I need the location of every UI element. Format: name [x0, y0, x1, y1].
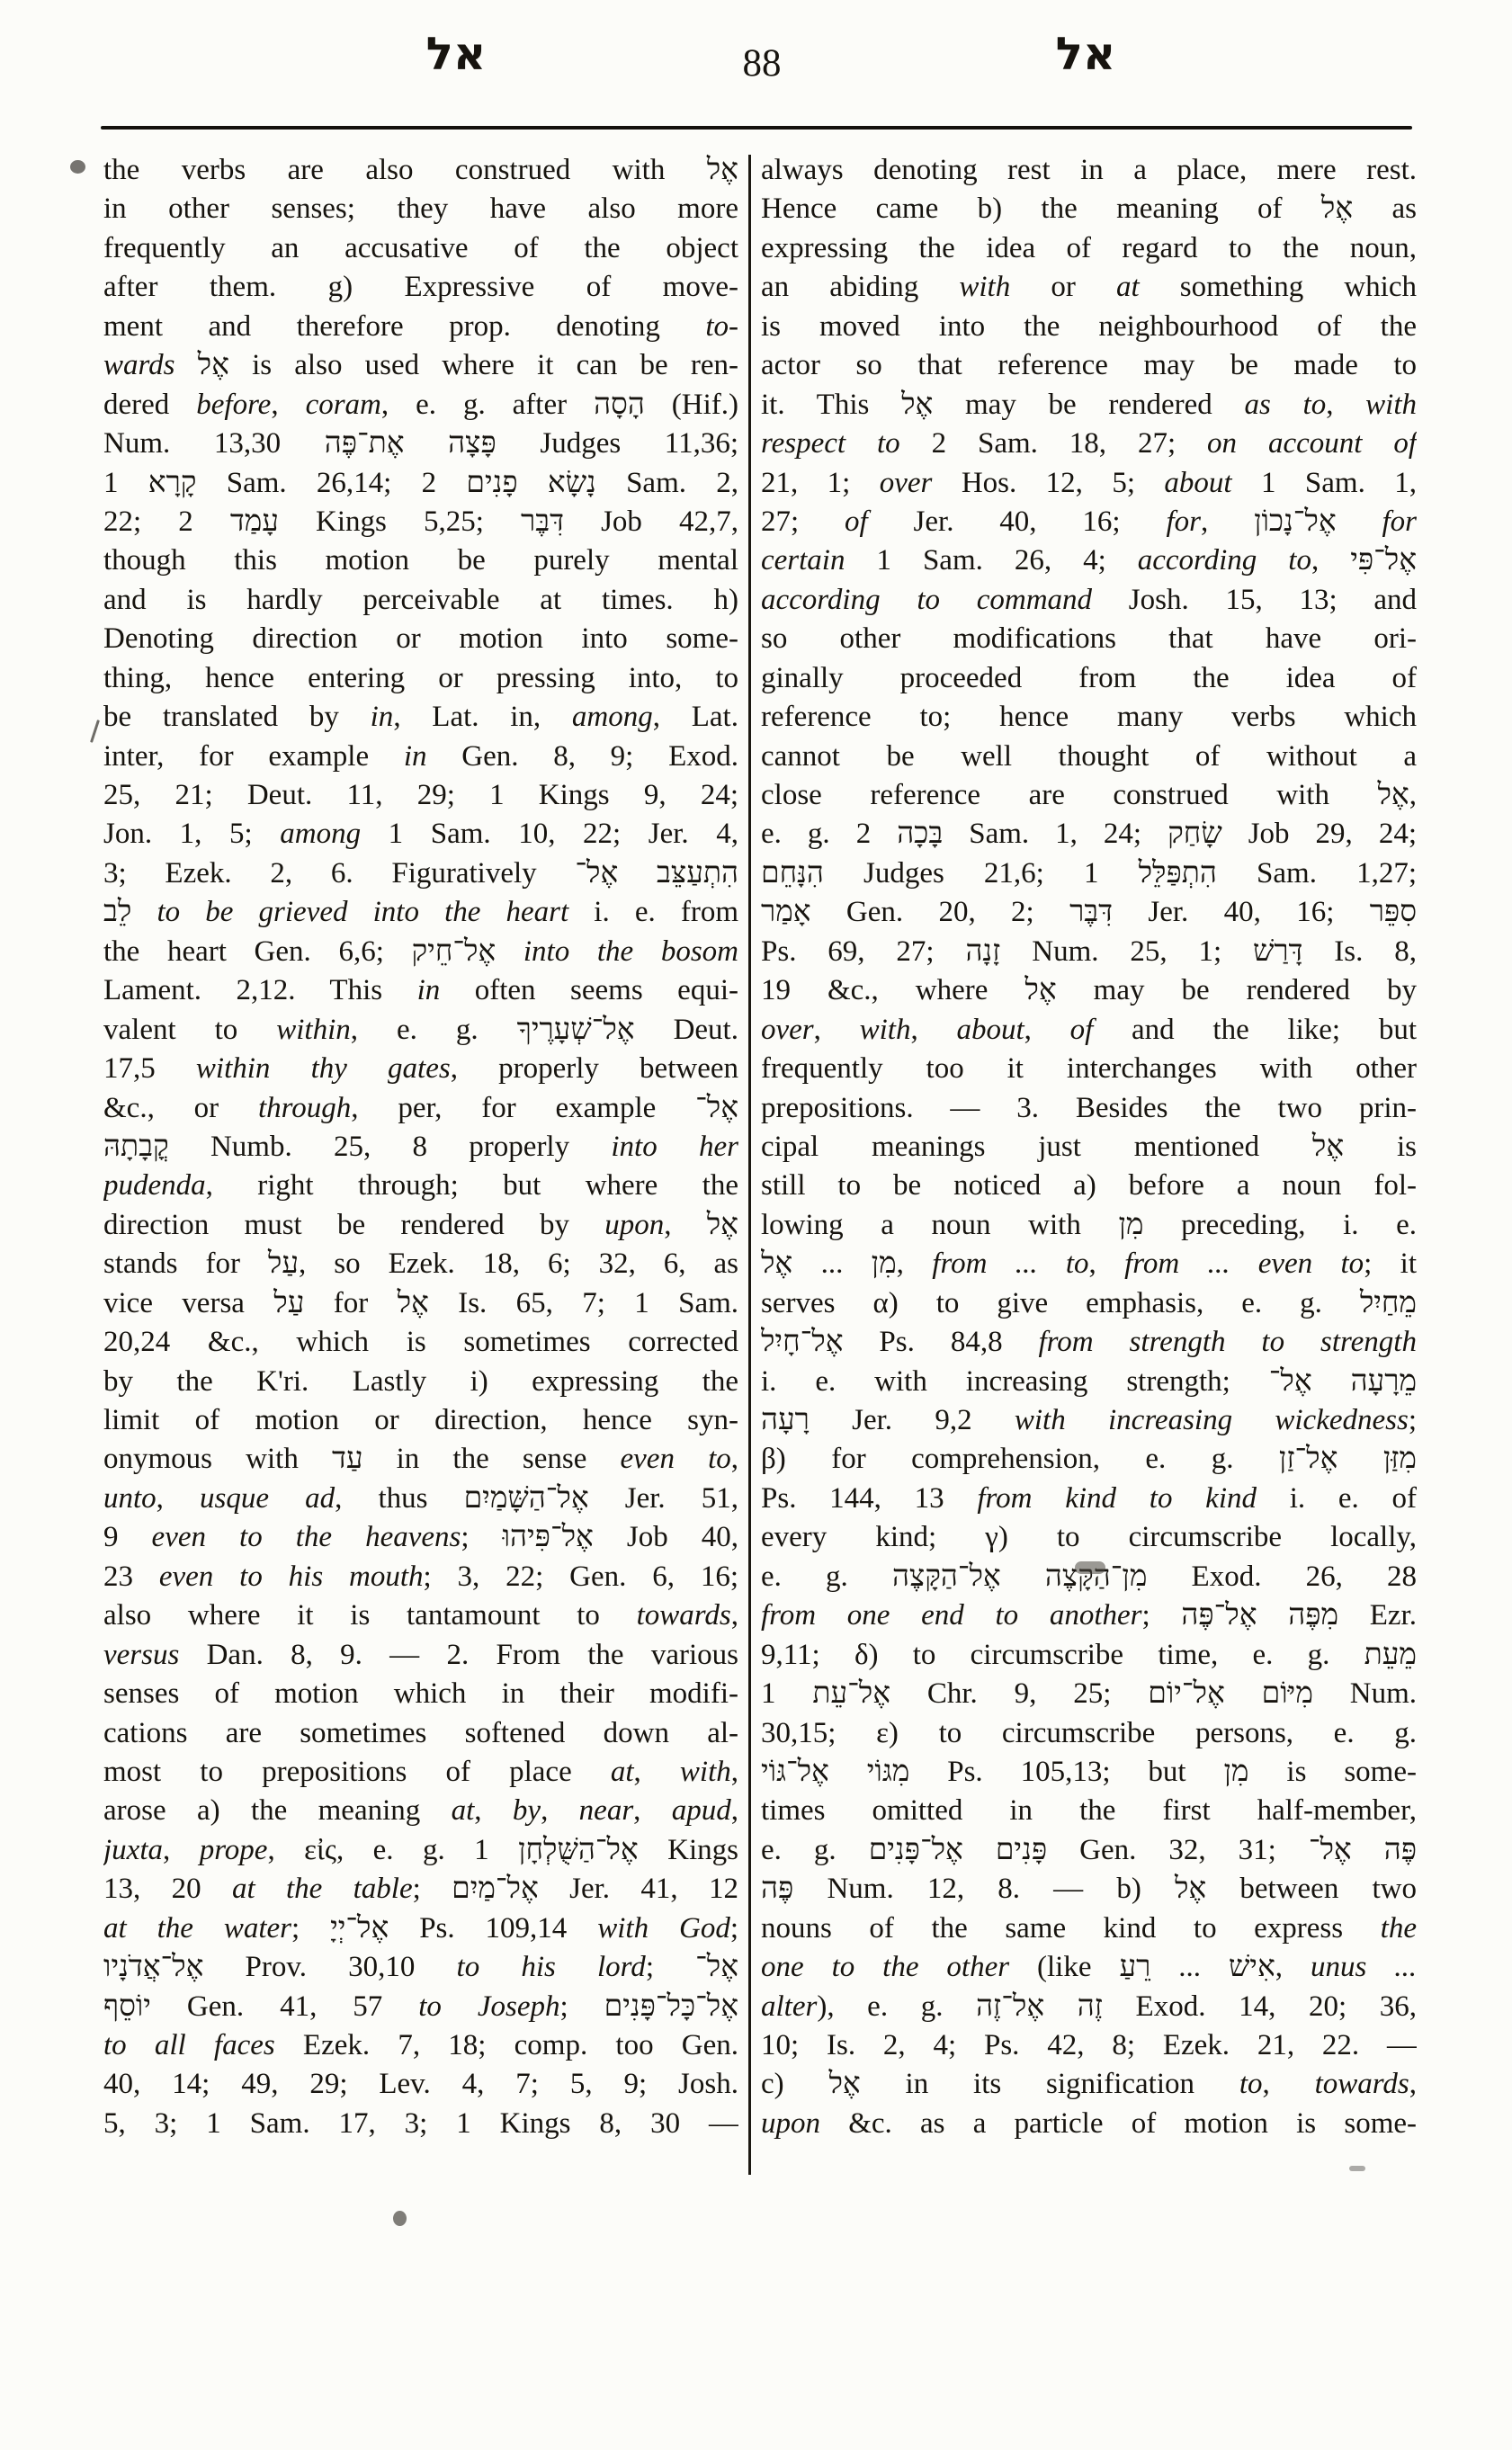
text-line: מִגּוֹי אֶל־גּוֹי Ps. 105,13; but מִן is…: [761, 1753, 1417, 1792]
text-line: over, with, about, of and the like; but: [761, 1011, 1417, 1050]
text-line: expressing the idea of regard to the nou…: [761, 229, 1417, 268]
text-line: e. g. פָּנִים אֶל־פָּנִים Gen. 32, 31; פ…: [761, 1831, 1417, 1870]
text-line: onymous with עַד in the sense even to,: [103, 1440, 738, 1479]
right-text-column: always denoting rest in a place, mere re…: [761, 151, 1417, 2143]
text-line: 10; Is. 2, 4; Ps. 42, 8; Ezek. 21, 22. —: [761, 2026, 1417, 2065]
text-line: 22; עָמַד 2 Kings 5,25; דִּבֶּר Job 42,7…: [103, 503, 738, 541]
text-line: יוֹסֵף Gen. 41, 57 to Joseph; אֶל־כָּל־פ…: [103, 1988, 738, 2026]
text-line: the heart Gen. 6,6; אֶל־חֵיק into the bo…: [103, 933, 738, 971]
text-line: 13, 20 at the table; אֶל־מַיִם Jer. 41, …: [103, 1870, 738, 1909]
text-line: 17,5 within thy gates, properly between: [103, 1050, 738, 1088]
text-line: inter, for example in Gen. 8, 9; Exod.: [103, 738, 738, 776]
text-line: reference to; hence many verbs which: [761, 698, 1417, 737]
text-line: 20,24 &c., which is sometimes corrected: [103, 1323, 738, 1362]
text-line: pudenda, right through; but where the: [103, 1167, 738, 1205]
text-line: by the K'ri. Lastly i) expressing the: [103, 1363, 738, 1401]
text-line: alter), e. g. זֶה אֶל־זֶה Exod. 14, 20; …: [761, 1988, 1417, 2026]
text-line: versus Dan. 8, 9. — 2. From the various: [103, 1636, 738, 1675]
text-line: serves α) to give emphasis, e. g. מֵחַיִ…: [761, 1284, 1417, 1323]
running-head-keyword-right: אל: [1009, 27, 1162, 81]
text-line: קָרָא 1 Sam. 26,14; נָשָׂא פָנִים 2 Sam.…: [103, 464, 738, 503]
text-line: according to command Josh. 15, 13; and: [761, 581, 1417, 620]
text-line: respect to 2 Sam. 18, 27; on account of: [761, 425, 1417, 463]
text-line: times omitted in the first half-member,: [761, 1792, 1417, 1830]
text-line: an abiding with or at something which: [761, 268, 1417, 307]
text-line: רָעָה Jer. 9,2 with increasing wickednes…: [761, 1401, 1417, 1440]
lexicon-page: אל 88 אל the verbs are also construed wi…: [0, 0, 1512, 2450]
text-line: valent to within, e. g. אֶל־שְׁעָרֶיךָ D…: [103, 1011, 738, 1050]
text-line: 21, 1; over Hos. 12, 5; about 1 Sam. 1,: [761, 464, 1417, 503]
ink-blot-bottom-center: [393, 2211, 407, 2226]
text-line: cations are sometimes softened down al-: [103, 1714, 738, 1753]
text-line: 30,15; ε) to circumscribe persons, e. g.: [761, 1714, 1417, 1753]
text-line: limit of motion or direction, hence syn-: [103, 1401, 738, 1440]
text-line: certain 1 Sam. 26, 4; according to, אֶל־…: [761, 541, 1417, 580]
text-line: c) אֶל in its signification to, towards,: [761, 2065, 1417, 2104]
text-line: senses of motion which in their modifi-: [103, 1675, 738, 1713]
text-line: ment and therefore prop. denoting to-: [103, 308, 738, 346]
text-line: direction must be rendered by upon, אֶל: [103, 1206, 738, 1245]
text-line: to all faces Ezek. 7, 18; comp. too Gen.: [103, 2026, 738, 2065]
text-line: β) for comprehension, e. g. מִזַּן אֶל־ז…: [761, 1440, 1417, 1479]
text-line: the verbs are also construed with אֶל: [103, 151, 738, 190]
stray-slash-mark: [90, 720, 100, 743]
text-line: upon &c. as a particle of motion is some…: [761, 2105, 1417, 2143]
text-line: stands for עַל, so Ezek. 18, 6; 32, 6, a…: [103, 1245, 738, 1283]
column-divider-rule: [748, 155, 751, 2175]
text-line: 9 even to the heavens; אֶל־פִּיהוּ Job 4…: [103, 1518, 738, 1557]
text-line: Denoting direction or motion into some-: [103, 620, 738, 658]
text-line: 9,11; δ) to circumscribe time, e. g. מֵע…: [761, 1636, 1417, 1675]
text-line: ginally proceeded from the idea of: [761, 659, 1417, 698]
text-line: 40, 14; 49, 29; Lev. 4, 7; 5, 9; Josh.: [103, 2065, 738, 2104]
text-line: אֶל־עֵת 1 Chr. 9, 25; מִיּוֹם אֶל־יוֹם N…: [761, 1675, 1417, 1713]
ink-blot-left-margin: [70, 160, 85, 174]
text-line: close reference are construed with אֶל,: [761, 776, 1417, 815]
text-line: i. e. with increasing strength; מֵרָעָה …: [761, 1363, 1417, 1401]
text-line: arose a) the meaning at, by, near, apud,: [103, 1792, 738, 1830]
text-line: 23 even to his mouth; 3, 22; Gen. 6, 16;: [103, 1558, 738, 1596]
text-line: is moved into the neighbourhood of the: [761, 308, 1417, 346]
text-line: be translated by in, Lat. in, among, Lat…: [103, 698, 738, 737]
text-line: פֶּה Num. 12, 8. — b) אֶל between two: [761, 1870, 1417, 1909]
text-line: one to the other (like אִישׁ ... רֵעַ, u…: [761, 1948, 1417, 1987]
page-number: 88: [690, 41, 834, 86]
text-line: lowing a noun with מִן preceding, i. e.: [761, 1206, 1417, 1245]
text-line: though this motion be purely mental: [103, 541, 738, 580]
text-line: 25, 21; Deut. 11, 29; 1 Kings 9, 24;: [103, 776, 738, 815]
text-line: 19 &c., where אֶל may be rendered by: [761, 971, 1417, 1010]
text-line: frequently too it interchanges with othe…: [761, 1050, 1417, 1088]
text-line: אֶל־חָיִל Ps. 84,8 from strength to stre…: [761, 1323, 1417, 1362]
text-line: 3; Ezek. 2, 6. Figuratively הִתְעַצֵּב א…: [103, 854, 738, 893]
left-text-column: the verbs are also construed with אֶלin …: [103, 151, 738, 2143]
text-line: nouns of the same kind to express the: [761, 1909, 1417, 1948]
text-line: Ps. 69, 27; זָנָה Num. 25, 1; דָּרַשׁ Is…: [761, 933, 1417, 971]
text-line: most to prepositions of place at, with,: [103, 1753, 738, 1792]
text-line: always denoting rest in a place, mere re…: [761, 151, 1417, 190]
text-line: juxta, prope, εἰς, e. g. אֶל־הַשֻּׁלְחָן…: [103, 1831, 738, 1870]
text-line: Num. 13,30 פָּצָה אֶת־פֶּה Judges 11,36;: [103, 425, 738, 463]
text-line: vice versa עַל for אֶל Is. 65, 7; 1 Sam.: [103, 1284, 738, 1323]
ink-smudge-page-end: [1349, 2166, 1365, 2171]
text-line: prepositions. — 3. Besides the two prin-: [761, 1089, 1417, 1128]
text-line: קֳבָתָהּ Numb. 25, 8 properly into her: [103, 1128, 738, 1167]
ink-smudge-right-column: [1075, 1561, 1105, 1574]
text-line: also where it is tantamount to towards,: [103, 1596, 738, 1635]
text-line: 27; of Jer. 40, 16; for, אֶל־נָכוֹן for: [761, 503, 1417, 541]
header-rule: [101, 126, 1412, 130]
text-line: e. g. בָּכָה 2 Sam. 1, 24; שָׂחַק Job 29…: [761, 815, 1417, 854]
text-line: after them. g) Expressive of move-: [103, 268, 738, 307]
text-line: actor so that reference may be made to: [761, 346, 1417, 385]
text-line: unto, usque ad, thus אֶל־הַשָּׁמַיִם Jer…: [103, 1480, 738, 1518]
text-line: it. This אֶל may be rendered as to, with: [761, 386, 1417, 425]
text-line: at the water; אֶל־יְיָ Ps. 109,14 with G…: [103, 1909, 738, 1948]
text-line: frequently an accusative of the object: [103, 229, 738, 268]
text-line: thing, hence entering or pressing into, …: [103, 659, 738, 698]
text-line: הִנָּחֵם Judges 21,6; הִתְפַּלֵּל 1 Sam.…: [761, 854, 1417, 893]
text-line: still to be noticed a) before a noun fol…: [761, 1167, 1417, 1205]
text-line: Ps. 144, 13 from kind to kind i. e. of: [761, 1480, 1417, 1518]
text-line: אֶל־אֲדֹנָיו Prov. 30,10 to his lord; אֶ…: [103, 1948, 738, 1987]
text-line: מִן ... אֶל, from ... to, from ... even …: [761, 1245, 1417, 1283]
text-line: every kind; γ) to circumscribe locally,: [761, 1518, 1417, 1557]
text-line: and is hardly perceivable at times. h): [103, 581, 738, 620]
text-line: 5, 3; 1 Sam. 17, 3; 1 Kings 8, 30 —: [103, 2105, 738, 2143]
text-line: so other modifications that have ori-: [761, 620, 1417, 658]
text-line: in other senses; they have also more: [103, 190, 738, 228]
text-line: from one end to another; מִפֶּה אֶל־פֶּה…: [761, 1596, 1417, 1635]
text-line: cannot be well thought of without a: [761, 738, 1417, 776]
text-line: אָמַר Gen. 20, 2; דִּבֶּר Jer. 40, 16; ס…: [761, 893, 1417, 932]
text-line: dered before, coram, e. g. after הָסָה (…: [103, 386, 738, 425]
text-line: wards אֶל is also used where it can be r…: [103, 346, 738, 385]
text-line: לֵב to be grieved into the heart i. e. f…: [103, 893, 738, 932]
text-line: Jon. 1, 5; among 1 Sam. 10, 22; Jer. 4,: [103, 815, 738, 854]
running-head-keyword-left: אל: [380, 27, 532, 81]
text-line: cipal meanings just mentioned אֶל is: [761, 1128, 1417, 1167]
text-line: &c., or through, per, for example אֶל־: [103, 1089, 738, 1128]
text-line: Lament. 2,12. This in often seems equi-: [103, 971, 738, 1010]
text-line: Hence came b) the meaning of אֶל as: [761, 190, 1417, 228]
